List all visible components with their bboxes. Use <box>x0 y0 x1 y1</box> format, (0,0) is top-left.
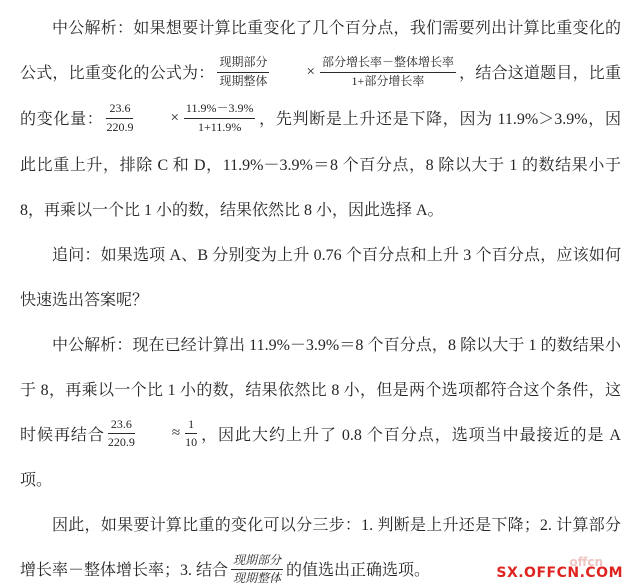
para-followup-question: 追问：如果选项 A、B 分别变为上升 0.76 个百分点和上升 3 个百分点，应… <box>20 233 621 323</box>
text-run: 的值选出正确选项。 <box>286 562 430 579</box>
fraction-numerator: 11.9%－3.9% <box>184 101 256 119</box>
fraction: 23.6220.9 <box>108 417 135 451</box>
para-analysis-2: 中公解析：现在已经计算出 11.9%－3.9%＝8 个百分点，8 除以大于 1 … <box>20 323 621 504</box>
fraction-denominator: 10 <box>185 434 197 451</box>
fraction-numerator: 部分增长率－整体增长率 <box>320 55 456 73</box>
fraction: 部分增长率－整体增长率1+部分增长率 <box>320 55 456 89</box>
fraction: 23.6220.9 <box>106 101 133 135</box>
fraction-numerator: 现期部分 <box>231 553 283 571</box>
fraction-denominator: 220.9 <box>106 119 133 136</box>
fraction-denominator: 现期整体 <box>217 73 269 90</box>
fraction: 现期部分现期整体 <box>217 55 269 89</box>
fraction-numerator: 现期部分 <box>217 55 269 73</box>
fraction: 现期部分现期整体 <box>231 553 283 586</box>
fraction: 110 <box>185 417 197 451</box>
watermark: SX.OFFCN.COM <box>496 565 623 581</box>
text-run: 追问：如果选项 A、B 分别变为上升 0.76 个百分点和上升 3 个百分点，应… <box>20 247 621 309</box>
fraction-denominator: 1+部分增长率 <box>320 73 456 90</box>
document-body: 中公解析：如果想要计算比重变化了几个百分点，我们需要列出计算比重变化的公式，比重… <box>0 0 633 586</box>
fraction-numerator: 23.6 <box>108 417 135 435</box>
math-operator: ≈ <box>140 411 180 456</box>
fraction-denominator: 220.9 <box>108 434 135 451</box>
fraction-denominator: 1+11.9% <box>184 119 256 136</box>
fraction-denominator: 现期整体 <box>231 570 283 586</box>
math-operator: × <box>138 96 178 141</box>
fraction-numerator: 1 <box>185 417 197 435</box>
fraction-numerator: 23.6 <box>106 101 133 119</box>
para-analysis-1: 中公解析：如果想要计算比重变化了几个百分点，我们需要列出计算比重变化的公式，比重… <box>20 6 621 233</box>
math-operator: × <box>274 50 314 95</box>
fraction: 11.9%－3.9%1+11.9% <box>184 101 256 135</box>
